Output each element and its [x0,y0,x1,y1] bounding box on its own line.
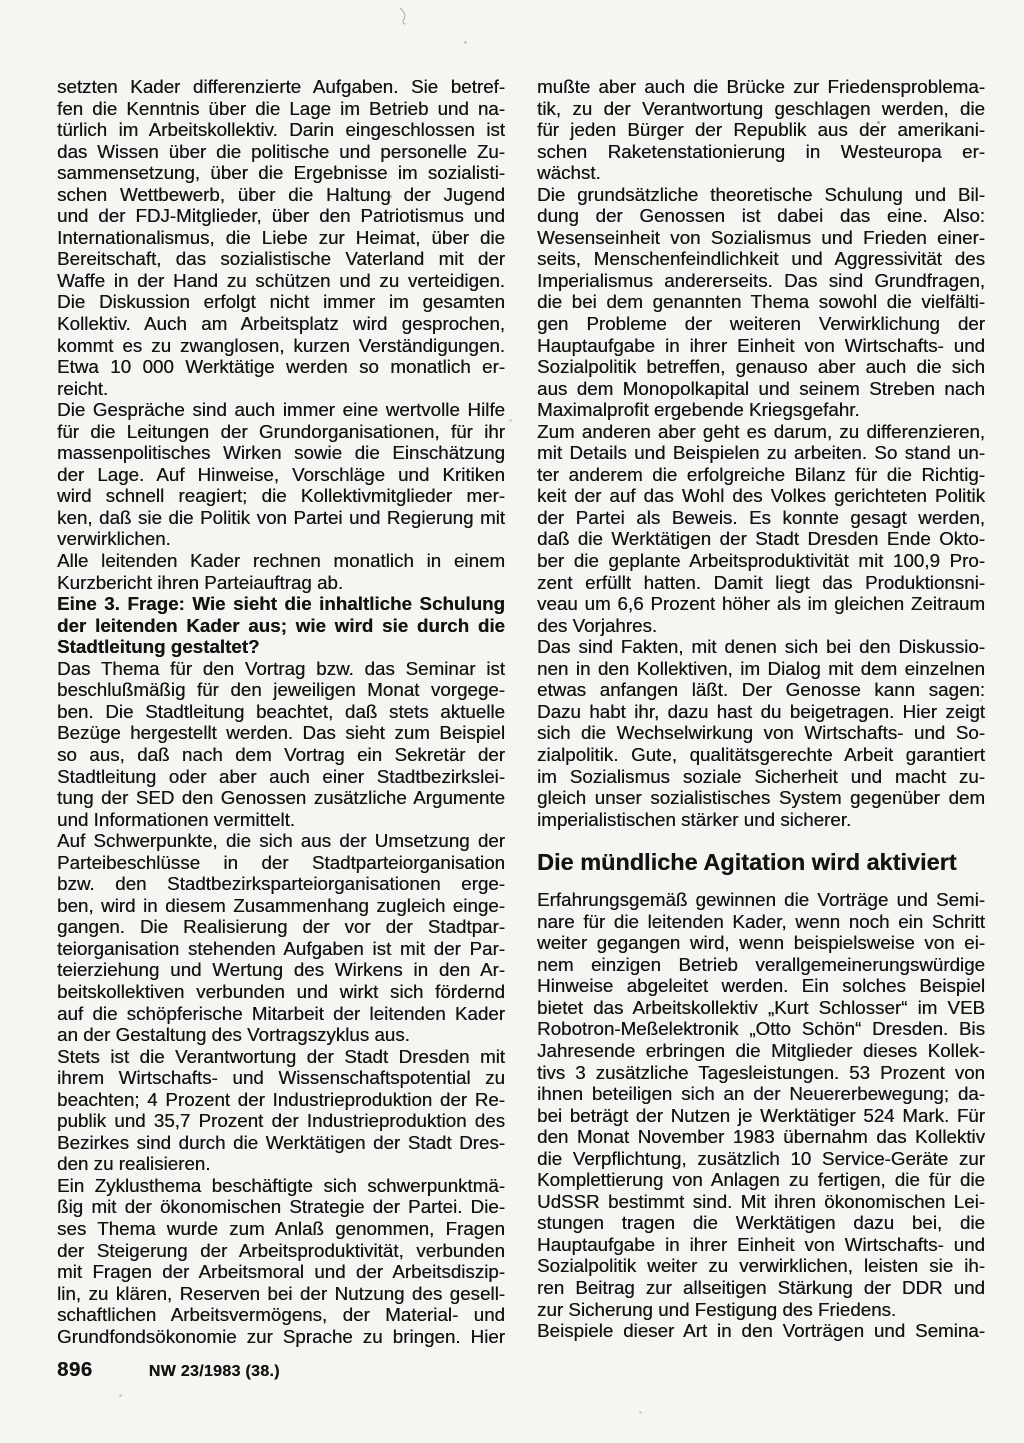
text-line: und Informationen vermittelt. [57,809,505,831]
text-line: Hauptaufgabe in ihrer Einheit von Wirtsc… [537,335,985,357]
text-line: der leitenden Kader aus; wie wird sie du… [57,615,505,637]
text-line: für die Leitungen der Grundorganisatione… [57,421,505,443]
text-line: sich die Wechselwirkung von Wirtschafts-… [537,722,985,744]
text-line: stungen tragen die Werktätigen dazu bei,… [537,1212,985,1234]
text-line: wächst. [537,162,985,184]
text-line: mit Fragen der Arbeitsmoral und der Arbe… [57,1261,505,1283]
text-line: daß die Werktätigen der Stadt Dresden En… [537,528,985,550]
text-line: Alle leitenden Kader rechnen monatlich i… [57,550,505,572]
text-line: die bei dem genannten Thema sowohl die v… [537,291,985,313]
text-line: Kurzbericht ihren Parteiauftrag ab. [57,572,505,594]
text-line: schaftlichen Arbeitsvermögens, der Mater… [57,1304,505,1326]
text-line: seits, Menschenfeindlichkeit und Aggress… [537,248,985,270]
text-line: Auf Schwerpunkte, die sich aus der Umset… [57,830,505,852]
text-line: Hauptaufgabe in ihrer Einheit von Wirtsc… [537,1234,985,1256]
text-line: Ein Zyklusthema beschäftigte sich schwer… [57,1175,505,1197]
body-paragraph: Auf Schwerpunkte, die sich aus der Umset… [57,830,505,1045]
text-line: sammensetzung, über die Ergebnisse im so… [57,162,505,184]
text-line: UdSSR bestimmt sind. Mit ihren ökonomisc… [537,1191,985,1213]
text-line: der Lage. Auf Hinweise, Vorschläge und K… [57,464,505,486]
body-paragraph: Das sind Fakten, mit denen sich bei den … [537,636,985,830]
scan-artifact-mark [398,7,412,25]
text-line: Maximalprofit ergebende Kriegsgefahr. [537,399,985,421]
text-line: zent erfüllt hatten. Damit liegt das Pro… [537,572,985,594]
body-paragraph: Das Thema für den Vortrag bzw. das Semin… [57,658,505,830]
text-line: bietet das Arbeitskollektiv „Kurt Schlos… [537,997,985,1019]
text-line: der Steigerung der Arbeitsproduktivität,… [57,1240,505,1262]
text-line: nare für die leitenden Kader, wenn noch … [537,911,985,933]
text-line: Imperialismus andererseits. Das sind Gru… [537,270,985,292]
text-line: an der Gestaltung des Vortragszyklus aus… [57,1024,505,1046]
text-line: Bezüge hergestellt werden. Das sieht zum… [57,722,505,744]
text-line: verwirklichen. [57,528,505,550]
text-line: ben. Die Stadtleitung beachtet, daß stet… [57,701,505,723]
text-line: Dazu habt ihr, dazu hast du beigetragen.… [537,701,985,723]
text-line: die Verpflichtung, zusätzlich 10 Service… [537,1148,985,1170]
text-line: zialpolitik. Gute, qualitätsgerechte Arb… [537,744,985,766]
text-line: Erfahrungsgemäß gewinnen die Vorträge un… [537,889,985,911]
text-line: Etwa 10 000 Werktätige werden so monatli… [57,356,505,378]
issue-label: NW 23/1983 (38.) [149,1363,280,1381]
text-line: Internationalismus, die Liebe zur Heimat… [57,227,505,249]
body-paragraph: Zum anderen aber geht es darum, zu diffe… [537,421,985,636]
body-paragraph: mußte aber auch die Brücke zur Friedensp… [537,76,985,184]
text-line: ihrem Wirtschafts- und Wissenschaftspote… [57,1067,505,1089]
text-line: tivs 3 zusätzliche Tagesleistungen. 53 P… [537,1062,985,1084]
text-line: tik, zu der Verantwortung geschlagen wer… [537,98,985,120]
text-line: schen Raketenstationierung in Westeuropa… [537,141,985,163]
text-line: nen in den Kollektiven, im Dialog mit de… [537,658,985,680]
body-paragraph: Die grundsätzliche theoretische Schulung… [537,184,985,421]
question-paragraph: Eine 3. Frage: Wie sieht die inhaltliche… [57,593,505,658]
text-line: ter anderem die erfolgreiche Bilanz für … [537,464,985,486]
text-line: Komplettierung von Anlagen zu fertigen, … [537,1169,985,1191]
text-line: Jahresende erbringen die Mitglieder dies… [537,1040,985,1062]
text-line: Bereitschaft, das sozialistische Vaterla… [57,248,505,270]
text-line: Zum anderen aber geht es darum, zu diffe… [537,421,985,443]
text-line: bei beträgt der Nutzen je Werktätiger 52… [537,1105,985,1127]
text-line: tung der SED den Genossen zusätzliche Ar… [57,787,505,809]
right-text-column: mußte aber auch die Brücke zur Friedensp… [537,76,985,1342]
text-line: Bezirkes sind durch die Werktätigen der … [57,1132,505,1154]
text-line: teierziehung und Wertung des Wirkens in … [57,959,505,981]
text-line: Die Gespräche sind auch immer eine wertv… [57,399,505,421]
text-line: Waffe in der Hand zu schützen und zu ver… [57,270,505,292]
text-line: aus dem Monopolkapital und seinem Strebe… [537,378,985,400]
body-paragraph: Alle leitenden Kader rechnen monatlich i… [57,550,505,593]
text-line: zur Sicherung und Festigung des Friedens… [537,1299,985,1321]
text-line: schen Wettbewerb, über die Haltung der J… [57,184,505,206]
scanned-magazine-page: setzten Kader differenzierte Aufgaben. S… [0,0,1024,1443]
body-paragraph: Beispiele dieser Art in den Vorträgen un… [537,1320,985,1342]
page-number: 896 [57,1358,93,1382]
text-line: der Partei als Beweis. Es konnte gesagt … [537,507,985,529]
text-line: weiter gegangen wird, wenn beispielsweis… [537,932,985,954]
text-line: auf die schöpferische Mitarbeit der leit… [57,1003,505,1025]
text-line: kommt es zu zwanglosen, kurzen Verständi… [57,335,505,357]
body-paragraph: Ein Zyklusthema beschäftigte sich schwer… [57,1175,505,1347]
text-line: Wesenseinheit von Sozialismus und Friede… [537,227,985,249]
text-line: massenpolitisches Wirken sowie die Einsc… [57,442,505,464]
text-line: Das Thema für den Vortrag bzw. das Semin… [57,658,505,680]
text-line: dung der Genossen ist dabei das eine. Al… [537,205,985,227]
text-line: Die Diskussion erfolgt nicht immer im ge… [57,291,505,313]
text-line: publik und 35,7 Prozent der Industriepro… [57,1110,505,1132]
text-line: ren Beitrag zur allseitigen Stärkung der… [537,1277,985,1299]
text-line: mußte aber auch die Brücke zur Friedensp… [537,76,985,98]
text-line: Grundfondsökonomie zur Sprache zu bringe… [57,1326,505,1348]
left-text-column: setzten Kader differenzierte Aufgaben. S… [57,76,505,1347]
text-line: nem einzigen Betrieb verallgemeinerungsw… [537,954,985,976]
text-line: ken, daß sie die Politik von Partei und … [57,507,505,529]
text-line: das Wissen über die politische und perso… [57,141,505,163]
text-line: Stets ist die Verantwortung der Stadt Dr… [57,1046,505,1068]
scan-noise-speckles [0,0,1,1]
text-line: beitskollektiven verbunden und wirkt sic… [57,981,505,1003]
text-line: für jeden Bürger der Republik aus der am… [537,119,985,141]
text-line: Die grundsätzliche theoretische Schulung… [537,184,985,206]
text-line: wird schnell reagiert; die Kollektivmitg… [57,485,505,507]
text-line: den Monat November 1983 übernahm das Kol… [537,1126,985,1148]
body-paragraph: Erfahrungsgemäß gewinnen die Vorträge un… [537,889,985,1320]
section-heading: Die mündliche Agitation wird aktiviert [537,848,985,876]
text-line: Hinweise abgeleitet werden. Ein solches … [537,975,985,997]
text-line: fen die Kenntnis über die Lage im Betrie… [57,98,505,120]
body-paragraph: Die Gespräche sind auch immer eine wertv… [57,399,505,550]
text-line: lin, zu klären, Reserven bei der Nutzung… [57,1283,505,1305]
text-line: im Sozialismus soziale Sicherheit und ma… [537,766,985,788]
text-line: Sozialpolitik weiter zu verwirklichen, l… [537,1255,985,1277]
text-line: keit der auf das Wohl des Volkes gericht… [537,485,985,507]
text-line: ßig mit der ökonomischen Strategie der P… [57,1196,505,1218]
text-line: Parteibeschlüsse in der Stadtparteiorgan… [57,852,505,874]
text-line: Das sind Fakten, mit denen sich bei den … [537,636,985,658]
text-line: ses Thema wurde zum Anlaß genommen, Frag… [57,1218,505,1240]
text-line: und der FDJ-Mitglieder, über den Patriot… [57,205,505,227]
text-line: setzten Kader differenzierte Aufgaben. S… [57,76,505,98]
text-line: beachten; 4 Prozent der Industrieprodukt… [57,1089,505,1111]
text-line: ihnen beteiligen sich an der Neuererbewe… [537,1083,985,1105]
text-line: gleich unser sozialistisches System gege… [537,787,985,809]
text-line: des Vorjahres. [537,615,985,637]
text-line: mit Details und Beispielen zu arbeiten. … [537,442,985,464]
text-line: Stadtleitung gestaltet? [57,636,505,658]
text-line: Kollektiv. Auch am Arbeitsplatz wird ges… [57,313,505,335]
text-line: etwas anfangen läßt. Der Genosse kann sa… [537,679,985,701]
text-line: so aus, daß nach dem Vortrag ein Sekretä… [57,744,505,766]
text-line: Stadtleitung oder aber auch einer Stadtb… [57,766,505,788]
text-line: Beispiele dieser Art in den Vorträgen un… [537,1320,985,1342]
text-line: veau um 6,6 Prozent höher als im gleiche… [537,593,985,615]
text-line: reicht. [57,378,505,400]
text-line: ben, wird in diesem Zusammenhang zugleic… [57,895,505,917]
text-line: Eine 3. Frage: Wie sieht die inhaltliche… [57,593,505,615]
text-line: gangen. Die Realisierung der vor der Sta… [57,916,505,938]
text-line: imperialistischen stärker und sicherer. [537,809,985,831]
text-line: beschlußmäßig für den jeweiligen Monat v… [57,679,505,701]
text-line: bzw. den Stadtbezirksparteiorganisatione… [57,873,505,895]
text-line: türlich im Arbeitskollektiv. Darin einge… [57,119,505,141]
text-line: Sozialpolitik betreffen, genauso aber au… [537,356,985,378]
text-line: Robotron-Meßelektronik „Otto Schön“ Dres… [537,1018,985,1040]
body-paragraph: Stets ist die Verantwortung der Stadt Dr… [57,1046,505,1175]
text-line: gen Probleme der weiteren Verwirklichung… [537,313,985,335]
page-footer: 896 NW 23/1983 (38.) [57,1358,280,1382]
body-paragraph: setzten Kader differenzierte Aufgaben. S… [57,76,505,399]
text-line: den zu realisieren. [57,1153,505,1175]
text-line: teiorganisation stehenden Aufgaben ist m… [57,938,505,960]
text-line: ber die geplante Arbeitsproduktivität mi… [537,550,985,572]
